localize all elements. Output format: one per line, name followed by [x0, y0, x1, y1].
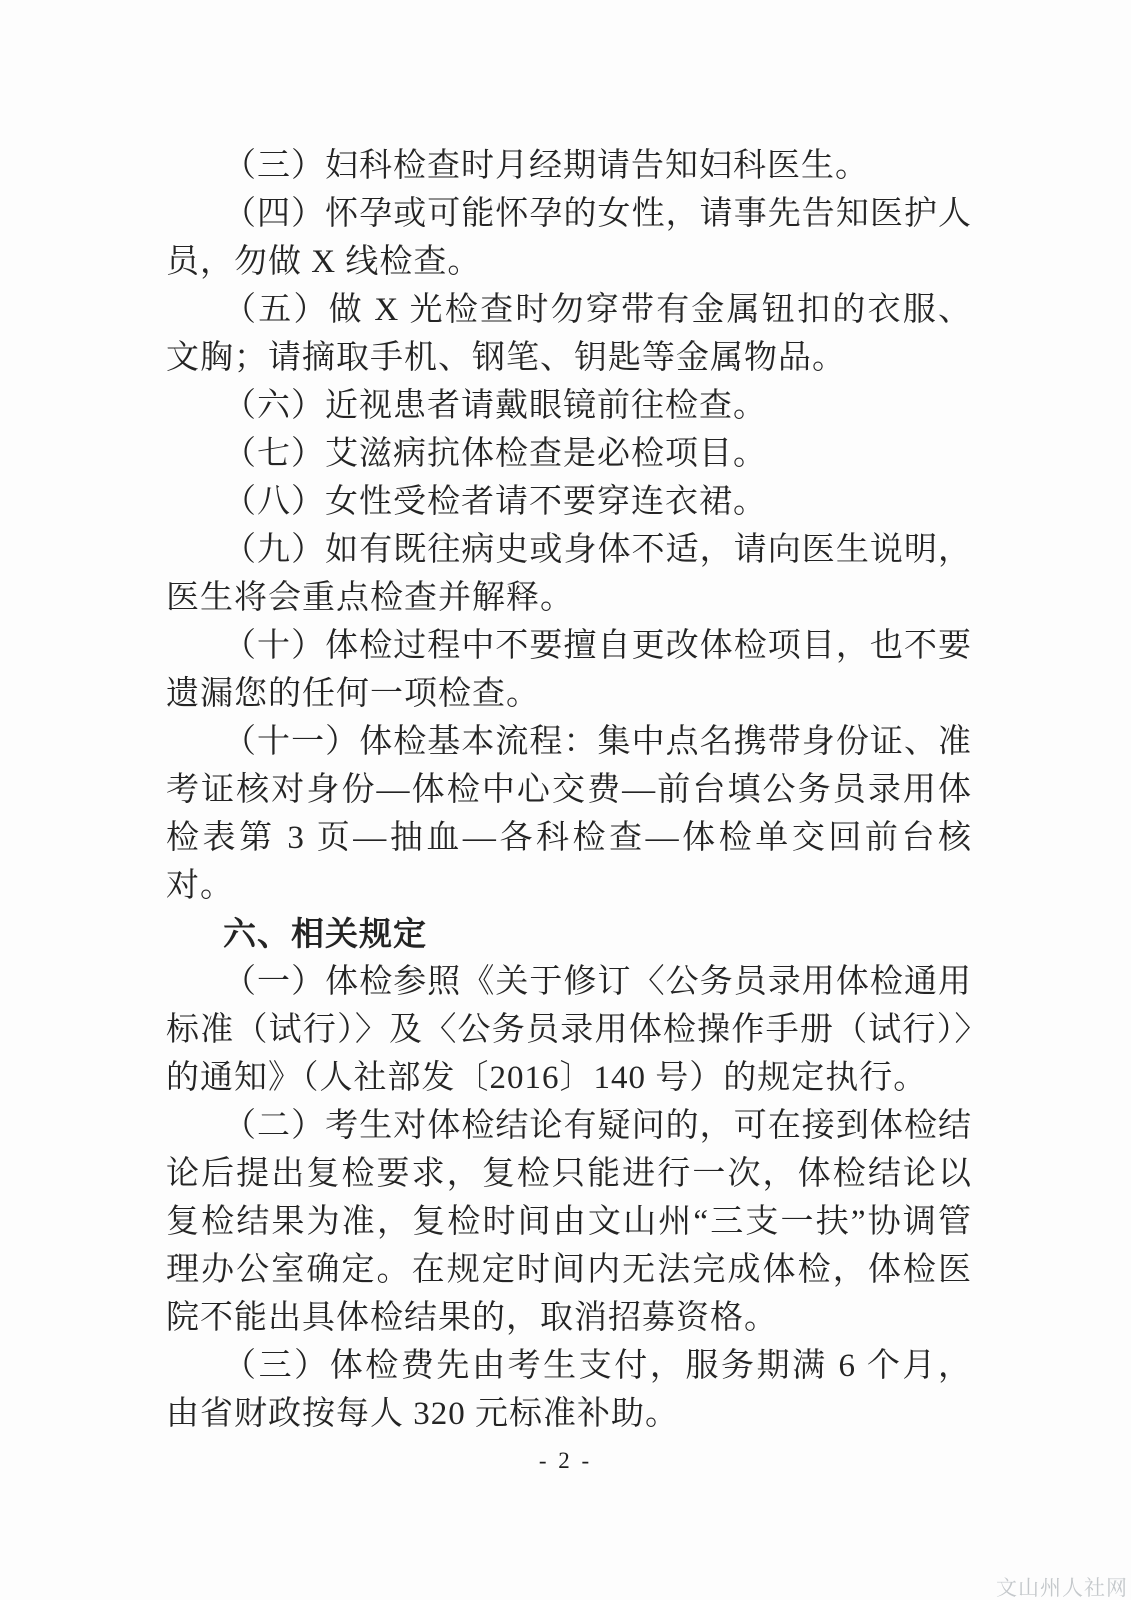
paragraph-item-5: （五）做 X 光检查时勿穿带有金属钮扣的衣服、文胸；请摘取手机、钢笔、钥匙等金属… — [166, 286, 972, 382]
paragraph-item-4: （四）怀孕或可能怀孕的女性，请事先告知医护人员，勿做 X 线检查。 — [166, 190, 972, 286]
page-number: - 2 - — [0, 1448, 1131, 1474]
paragraph-rule-3: （三）体检费先由考生支付，服务期满 6 个月，由省财政按每人 320 元标准补助… — [166, 1342, 972, 1438]
paragraph-rule-2: （二）考生对体检结论有疑问的，可在接到体检结论后提出复检要求，复检只能进行一次，… — [166, 1102, 972, 1342]
watermark: 文山州人社网 — [996, 1572, 1128, 1600]
paragraph-item-6: （六）近视患者请戴眼镜前往检查。 — [166, 382, 972, 430]
paragraph-item-3: （三）妇科检查时月经期请告知妇科医生。 — [166, 142, 972, 190]
paragraph-item-9: （九）如有既往病史或身体不适，请向医生说明，医生将会重点检查并解释。 — [166, 526, 972, 622]
paragraph-rule-1: （一）体检参照《关于修订〈公务员录用体检通用标准（试行）〉及〈公务员录用体检操作… — [166, 958, 972, 1102]
paragraph-item-7: （七）艾滋病抗体检查是必检项目。 — [166, 430, 972, 478]
document-body: （三）妇科检查时月经期请告知妇科医生。 （四）怀孕或可能怀孕的女性，请事先告知医… — [166, 142, 972, 1438]
paragraph-item-10: （十）体检过程中不要擅自更改体检项目，也不要遗漏您的任何一项检查。 — [166, 622, 972, 718]
paragraph-item-8: （八）女性受检者请不要穿连衣裙。 — [166, 478, 972, 526]
paragraph-item-11: （十一）体检基本流程：集中点名携带身份证、准考证核对身份—体检中心交费—前台填公… — [166, 718, 972, 910]
document-page: （三）妇科检查时月经期请告知妇科医生。 （四）怀孕或可能怀孕的女性，请事先告知医… — [0, 0, 1131, 1600]
section-heading-rules: 六、相关规定 — [166, 910, 972, 958]
